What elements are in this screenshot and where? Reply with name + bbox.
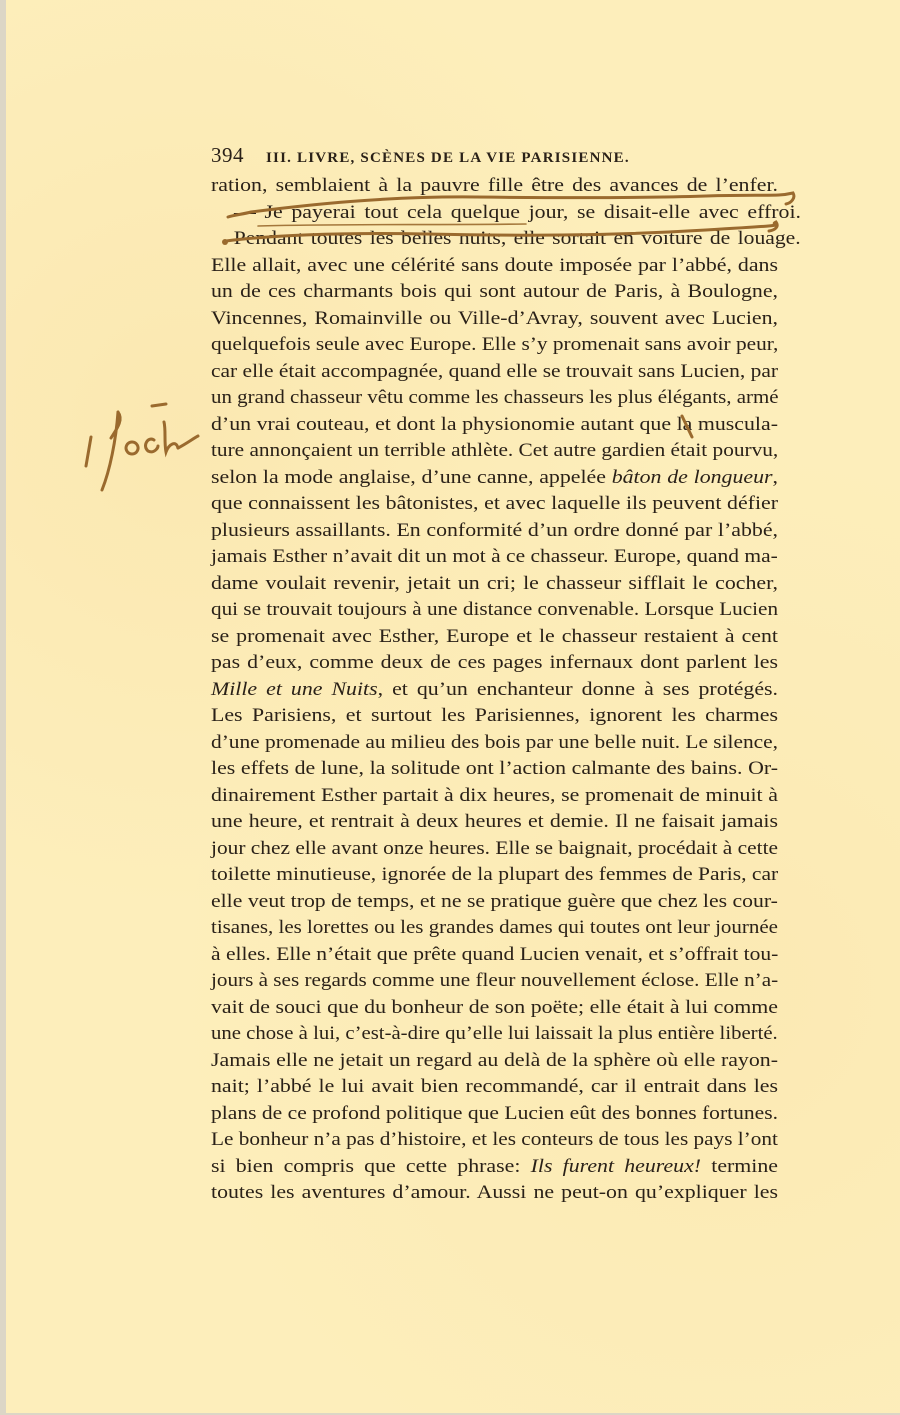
italic-phrase: Mille et une Nuits — [211, 679, 378, 700]
text-run: si bien compris que cette phrase: — [211, 1156, 531, 1177]
text-line: dame voulait revenir, jetait un cri; le … — [211, 571, 778, 598]
text-run: , et qu’un enchanteur donne à ses protég… — [378, 679, 778, 700]
text-line: ture annonçaient un terrible athlète. Ce… — [211, 438, 778, 465]
text-line: se promenait avec Esther, Europe et le c… — [211, 624, 778, 651]
text-line: d’un vrai couteau, et dont la physionomi… — [211, 412, 778, 439]
text-line: — Je payerai tout cela quelque jour, se … — [211, 200, 801, 227]
text-line: plusieurs assaillants. En conformité d’u… — [211, 518, 778, 545]
text-line: nait; l’abbé le lui avait bien recommand… — [211, 1074, 778, 1101]
text-line: elle veut trop de temps, et ne se pratiq… — [211, 889, 778, 916]
text-line: toilette minutieuse, ignorée de la plupa… — [211, 862, 778, 889]
text-line: un grand chasseur vêtu comme les chasseu… — [211, 385, 778, 412]
text-line: jamais Esther n’avait dit un mot à ce ch… — [211, 544, 778, 571]
text-line: si bien compris que cette phrase: Ils fu… — [211, 1154, 778, 1181]
text-run: , — [773, 467, 778, 488]
text-line: Les Parisiens, et surtout les Parisienne… — [211, 703, 778, 730]
text-line: Pendant toutes les belles nuits, elle so… — [211, 226, 801, 253]
text-line: à elles. Elle n’était que prête quand Lu… — [211, 942, 778, 969]
text-line: Vincennes, Romainville ou Ville-d’Avray,… — [211, 306, 778, 333]
text-run: selon la mode anglaise, d’une canne, app… — [211, 467, 612, 488]
text-line: quelquefois seule avec Europe. Elle s’y … — [211, 332, 778, 359]
text-line: jour chez elle avant onze heures. Elle s… — [211, 836, 778, 863]
text-line: tisanes, les lorettes ou les grandes dam… — [211, 915, 778, 942]
italic-phrase: Ils furent heureux! — [531, 1156, 701, 1177]
text-line: jours à ses regards comme une fleur nouv… — [211, 968, 778, 995]
text-line: une chose à lui, c’est-à-dire qu’elle lu… — [211, 1021, 778, 1048]
text-line: vait de souci que du bonheur de son poët… — [211, 995, 778, 1022]
text-line: pas d’eux, comme deux de ces pages infer… — [211, 650, 778, 677]
text-line: un de ces charmants bois qui sont autour… — [211, 279, 778, 306]
body-text: ration, semblaient à la pauvre fille êtr… — [211, 173, 778, 1207]
text-line: toutes les aventures d’amour. Aussi ne p… — [211, 1180, 778, 1207]
text-line: plans de ce profond politique que Lucien… — [211, 1101, 778, 1128]
margin-note-feuille — [86, 404, 198, 490]
running-header: 394 III. LIVRE, SCÈNES DE LA VIE PARISIE… — [211, 143, 778, 173]
italic-phrase: bâton de longueur — [612, 467, 773, 488]
text-line: une heure, et rentrait à deux heures et … — [211, 809, 778, 836]
text-line: ration, semblaient à la pauvre fille êtr… — [211, 173, 778, 200]
text-run: termine — [701, 1156, 778, 1177]
text-line: Elle allait, avec une célérité sans dout… — [211, 253, 778, 280]
text-line: les effets de lune, la solitude ont l’ac… — [211, 756, 778, 783]
running-title: III. LIVRE, SCÈNES DE LA VIE PARISIENNE. — [266, 150, 630, 167]
text-line: Mille et une Nuits, et qu’un enchanteur … — [211, 677, 778, 704]
page-number: 394 — [211, 143, 244, 168]
text-line: selon la mode anglaise, d’une canne, app… — [211, 465, 778, 492]
text-block: 394 III. LIVRE, SCÈNES DE LA VIE PARISIE… — [211, 143, 778, 1207]
book-page: 394 III. LIVRE, SCÈNES DE LA VIE PARISIE… — [6, 0, 900, 1413]
text-line: Le bonheur n’a pas d’histoire, et les co… — [211, 1127, 778, 1154]
text-line: d’une promenade au milieu des bois par u… — [211, 730, 778, 757]
text-line: car elle était accompagnée, quand elle s… — [211, 359, 778, 386]
text-line: que connaissent les bâtonistes, et avec … — [211, 491, 778, 518]
text-line: qui se trouvait toujours à une distance … — [211, 597, 778, 624]
text-line: dinairement Esther partait à dix heures,… — [211, 783, 778, 810]
text-line: Jamais elle ne jetait un regard au delà … — [211, 1048, 778, 1075]
